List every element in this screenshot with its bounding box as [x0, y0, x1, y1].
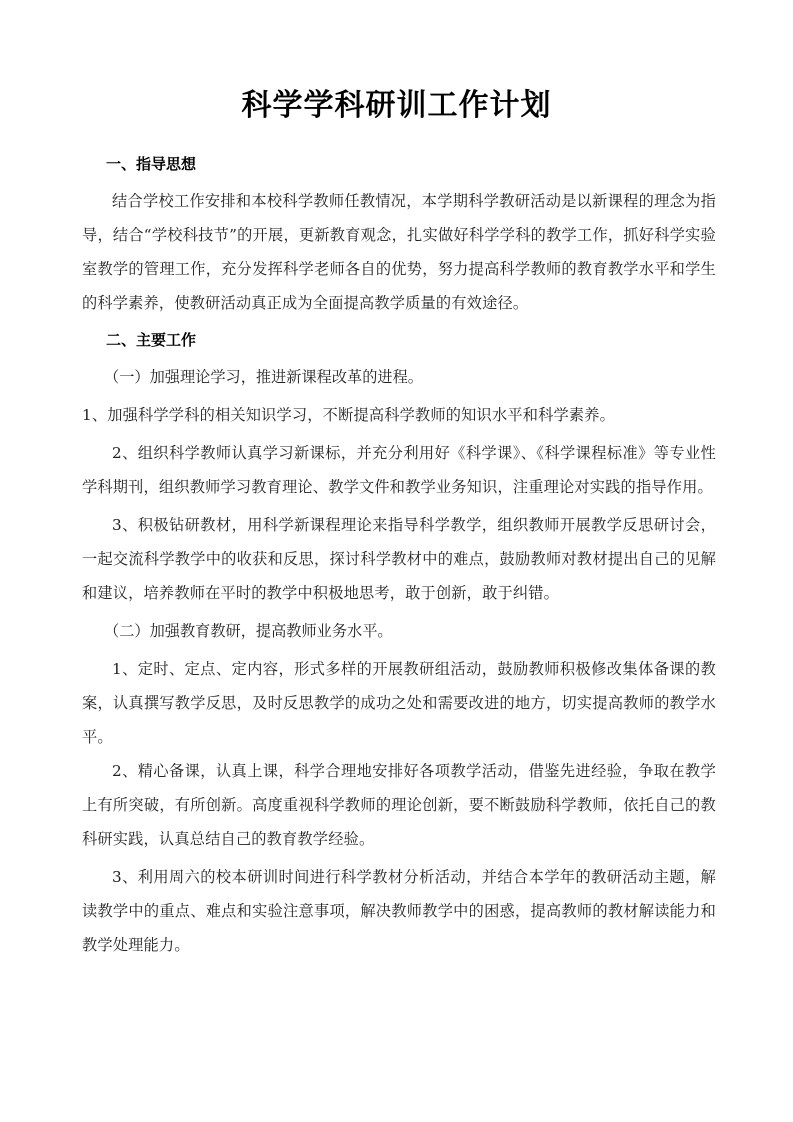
section-heading-main-work: 二、主要工作: [82, 326, 716, 354]
list-item: 2、组织科学教师认真学习新课标，并充分利用好《科学课》、《科学课程标准》等专业性…: [82, 436, 716, 504]
document-body: 一、指导思想 结合学校工作安排和本校科学教师任教情况，本学期科学教研活动是以新课…: [82, 150, 716, 962]
list-item: 1、定时、定点、定内容，形式多样的开展教研组活动，鼓励教师积极修改集体备课的教案…: [82, 652, 716, 754]
document-page: 科学学科研训工作计划 一、指导思想 结合学校工作安排和本校科学教师任教情况，本学…: [0, 0, 793, 1122]
list-item: 2、精心备课，认真上课，科学合理地安排好各项教学活动，借鉴先进经验，争取在教学上…: [82, 754, 716, 856]
subsection-title-teaching-research: （二）加强教育教研，提高教师业务水平。: [82, 614, 716, 648]
list-item: 1、加强科学学科的相关知识学习，不断提高科学教师的知识水平和科学素养。: [82, 398, 716, 432]
list-item: 3、利用周六的校本研训时间进行科学教材分析活动，并结合本学年的教研活动主题，解读…: [82, 860, 716, 962]
document-title: 科学学科研训工作计划: [0, 84, 793, 128]
paragraph-guiding-ideology: 结合学校工作安排和本校科学教师任教情况，本学期科学教研活动是以新课程的理念为指导…: [82, 184, 716, 320]
section-heading-guiding-ideology: 一、指导思想: [82, 150, 716, 178]
subsection-title-theory-study: （一）加强理论学习，推进新课程改革的进程。: [82, 360, 716, 394]
list-item: 3、积极钻研教材，用科学新课程理论来指导科学教学，组织教师开展教学反思研讨会，一…: [82, 508, 716, 610]
